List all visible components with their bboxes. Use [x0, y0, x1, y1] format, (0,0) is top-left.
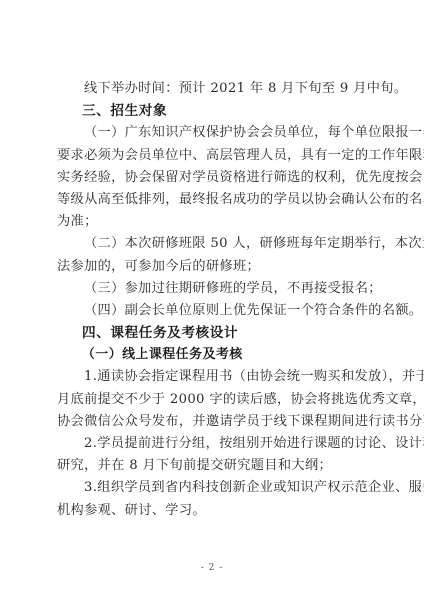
document-body: 线下举办时间：预计 2021 年 8 月下旬至 9 月中旬。三、招生对象（一）广…	[57, 78, 372, 522]
text-line: 实务经验，协会保留对学员资格进行筛选的权利，优先度按会员	[57, 167, 372, 189]
text-line: （一）广东知识产权保护协会会员单位，每个单位限报一名，	[57, 122, 372, 144]
text-line: 2.学员提前进行分组，按组别开始进行课题的讨论、设计和	[57, 433, 372, 455]
text-line: （二）本次研修班限 50 人，研修班每年定期举行，本次无	[57, 233, 372, 255]
text-line: （四）副会长单位原则上优先保证一个符合条件的名额。	[57, 300, 372, 322]
text-line: 机构参观、研讨、学习。	[57, 500, 372, 522]
text-line: （三）参加过往期研修班的学员，不再接受报名；	[57, 278, 372, 300]
page-number: - 2 -	[0, 563, 424, 573]
section-heading: 三、招生对象	[57, 100, 372, 122]
subsection-heading: （一）线上课程任务及考核	[57, 344, 372, 366]
text-line: 协会微信公众号发布，并邀请学员于线下课程期间进行读书分享；	[57, 411, 372, 433]
document-page: 线下举办时间：预计 2021 年 8 月下旬至 9 月中旬。三、招生对象（一）广…	[0, 0, 424, 600]
text-line: 为准；	[57, 211, 372, 233]
text-line: 法参加的，可参加今后的研修班；	[57, 256, 372, 278]
text-line: 要求必须为会员单位中、高层管理人员，具有一定的工作年限和	[57, 145, 372, 167]
text-line: 等级从高至低排列，最终报名成功的学员以协会确认公布的名单	[57, 189, 372, 211]
text-line: 月底前提交不少于 2000 字的读后感，协会将挑选优秀文章，在	[57, 389, 372, 411]
text-line: 线下举办时间：预计 2021 年 8 月下旬至 9 月中旬。	[57, 78, 372, 100]
text-line: 1.通读协会指定课程用书（由协会统一购买和发放），并于 8	[57, 366, 372, 388]
text-line: 研究，并在 8 月下旬前提交研究题目和大纲；	[57, 455, 372, 477]
section-heading: 四、课程任务及考核设计	[57, 322, 372, 344]
text-line: 3.组织学员到省内科技创新企业或知识产权示范企业、服务	[57, 477, 372, 499]
